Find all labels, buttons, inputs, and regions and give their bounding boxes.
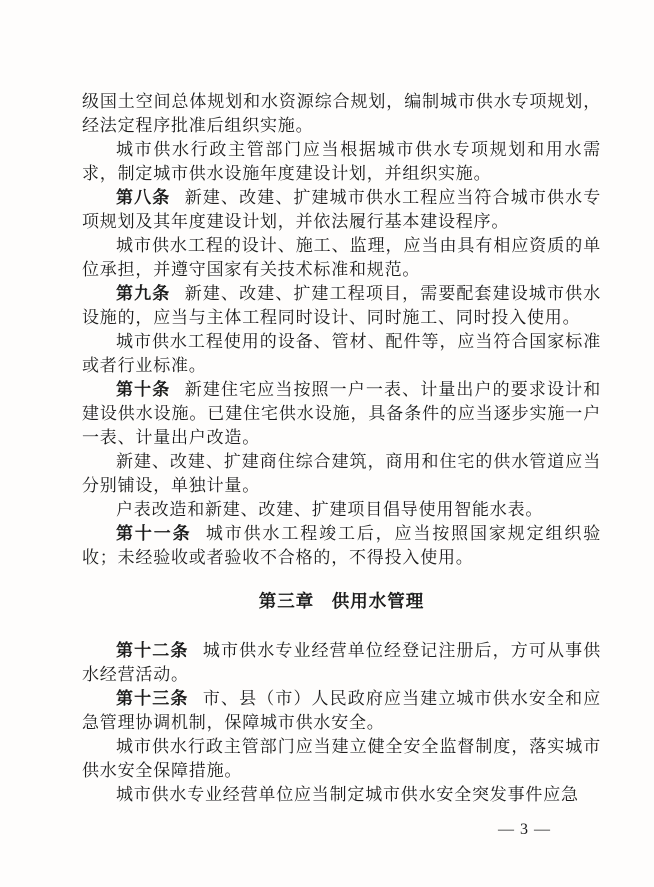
article-paragraph: 第十条新建住宅应当按照一户一表、计量出户的要求设计和建设供水设施。已建住宅供水设… — [82, 378, 601, 450]
page-footer: — 3 — — [82, 818, 601, 842]
article-number: 第八条 — [116, 188, 170, 207]
paragraph-text: 户表改造和新建、改建、扩建项目倡导使用智能水表。 — [116, 500, 543, 519]
paragraph-text: 新建、改建、扩建商住综合建筑，商用和住宅的供水管道应当分别铺设，单独计量。 — [82, 452, 601, 495]
paragraph: 城市供水行政主管部门应当根据城市供水专项规划和用水需求，制定城市供水设施年度建设… — [82, 138, 601, 186]
paragraph-text: 城市供水行政主管部门应当建立健全安全监督制度，落实城市供水安全保障措施。 — [82, 737, 601, 780]
chapter-heading: 第三章供用水管理 — [82, 589, 601, 613]
article-paragraph: 第十一条城市供水工程竣工后，应当按照国家规定组织验收；未经验收或者验收不合格的，… — [82, 522, 601, 570]
article-number: 第十一条 — [116, 524, 191, 543]
page-number: — 3 — — [498, 821, 551, 838]
chapter-title: 供用水管理 — [332, 591, 425, 611]
chapter-number: 第三章 — [259, 591, 315, 611]
page-content: 级国土空间总体规划和水资源综合规划，编制城市供水专项规划，经法定程序批准后组织实… — [82, 90, 601, 842]
paragraph: 级国土空间总体规划和水资源综合规划，编制城市供水专项规划，经法定程序批准后组织实… — [82, 90, 601, 138]
paragraph: 城市供水工程使用的设备、管材、配件等，应当符合国家标准或者行业标准。 — [82, 330, 601, 378]
paragraph-text: 城市供水工程使用的设备、管材、配件等，应当符合国家标准或者行业标准。 — [82, 332, 601, 375]
paragraph: 城市供水专业经营单位应当制定城市供水安全突发事件应急 — [82, 783, 601, 807]
paragraph: 户表改造和新建、改建、扩建项目倡导使用智能水表。 — [82, 498, 601, 522]
paragraph: 城市供水行政主管部门应当建立健全安全监督制度，落实城市供水安全保障措施。 — [82, 735, 601, 783]
article-paragraph: 第八条新建、改建、扩建城市供水工程应当符合城市供水专项规划及其年度建设计划，并依… — [82, 186, 601, 234]
article-number: 第十二条 — [116, 641, 188, 660]
paragraph-text: 级国土空间总体规划和水资源综合规划，编制城市供水专项规划，经法定程序批准后组织实… — [82, 92, 601, 135]
article-paragraph: 第九条新建、改建、扩建工程项目，需要配套建设城市供水设施的，应当与主体工程同时设… — [82, 282, 601, 330]
document-page: 级国土空间总体规划和水资源综合规划，编制城市供水专项规划，经法定程序批准后组织实… — [0, 0, 654, 887]
paragraph-text: 城市供水工程的设计、施工、监理，应当由具有相应资质的单位承担，并遵守国家有关技术… — [82, 236, 601, 279]
article-paragraph: 第十二条城市供水专业经营单位经登记注册后，方可从事供水经营活动。 — [82, 639, 601, 687]
article-paragraph: 第十三条市、县（市）人民政府应当建立城市供水安全和应急管理协调机制，保障城市供水… — [82, 687, 601, 735]
article-number: 第十三条 — [116, 689, 188, 708]
article-number: 第十条 — [116, 380, 170, 399]
article-number: 第九条 — [116, 284, 170, 303]
paragraph-text: 城市供水行政主管部门应当根据城市供水专项规划和用水需求，制定城市供水设施年度建设… — [82, 140, 601, 183]
paragraph: 城市供水工程的设计、施工、监理，应当由具有相应资质的单位承担，并遵守国家有关技术… — [82, 234, 601, 282]
paragraph: 新建、改建、扩建商住综合建筑，商用和住宅的供水管道应当分别铺设，单独计量。 — [82, 450, 601, 498]
paragraph-text: 城市供水专业经营单位应当制定城市供水安全突发事件应急 — [116, 785, 579, 804]
